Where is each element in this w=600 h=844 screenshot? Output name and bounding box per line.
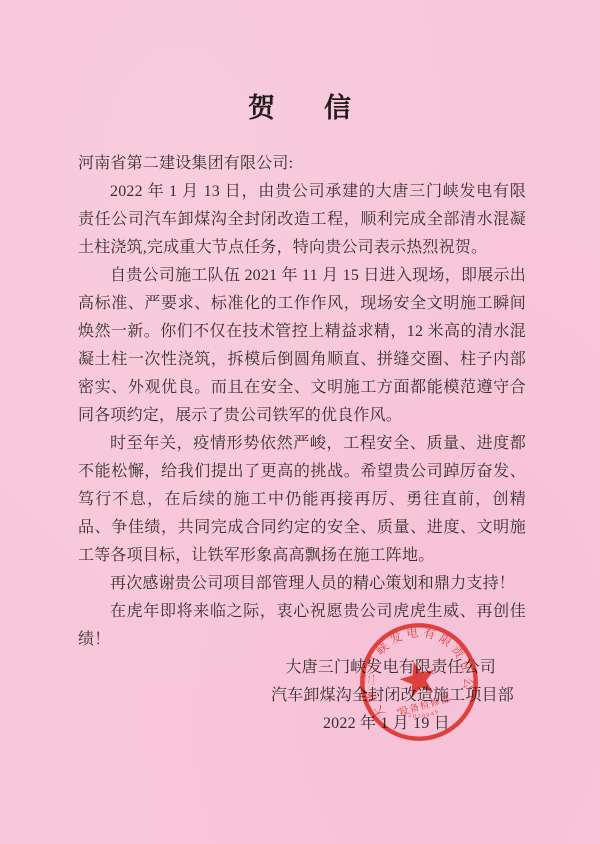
title-char: 贺 xyxy=(248,86,276,125)
title-char: 信 xyxy=(324,86,352,125)
paragraph: 再次感谢贵公司项目部管理人员的精心策划和鼎力支持！ xyxy=(78,570,526,598)
letter-title: 贺 信 xyxy=(0,86,600,125)
signature-block: 大唐三门峡发电有限责任公司 汽车卸煤沟全封闭改造施工项目部 2022 年 1 月… xyxy=(78,654,526,738)
letter-body: 河南省第二建设集团有限公司: 2022 年 1 月 13 日，由贵公司承建的大唐… xyxy=(78,150,526,738)
signature-company: 大唐三门峡发电有限责任公司 xyxy=(78,654,526,682)
paragraph: 时至年关，疫情形势依然严峻，工程安全、质量、进度都不能松懈，给我们提出了更高的挑… xyxy=(78,430,526,570)
salutation: 河南省第二建设集团有限公司: xyxy=(78,150,526,178)
signature-date: 2022 年 1 月 19 日 xyxy=(78,710,526,738)
paragraph: 2022 年 1 月 13 日，由贵公司承建的大唐三门峡发电有限责任公司汽车卸煤… xyxy=(78,178,526,262)
paragraph: 自贵公司施工队伍 2021 年 11 月 15 日进入现场，即展示出高标准、严要… xyxy=(78,262,526,430)
paragraph: 在虎年即将来临之际，衷心祝愿贵公司虎虎生威、再创佳绩！ xyxy=(78,598,526,654)
signature-department: 汽车卸煤沟全封闭改造施工项目部 xyxy=(78,682,526,710)
